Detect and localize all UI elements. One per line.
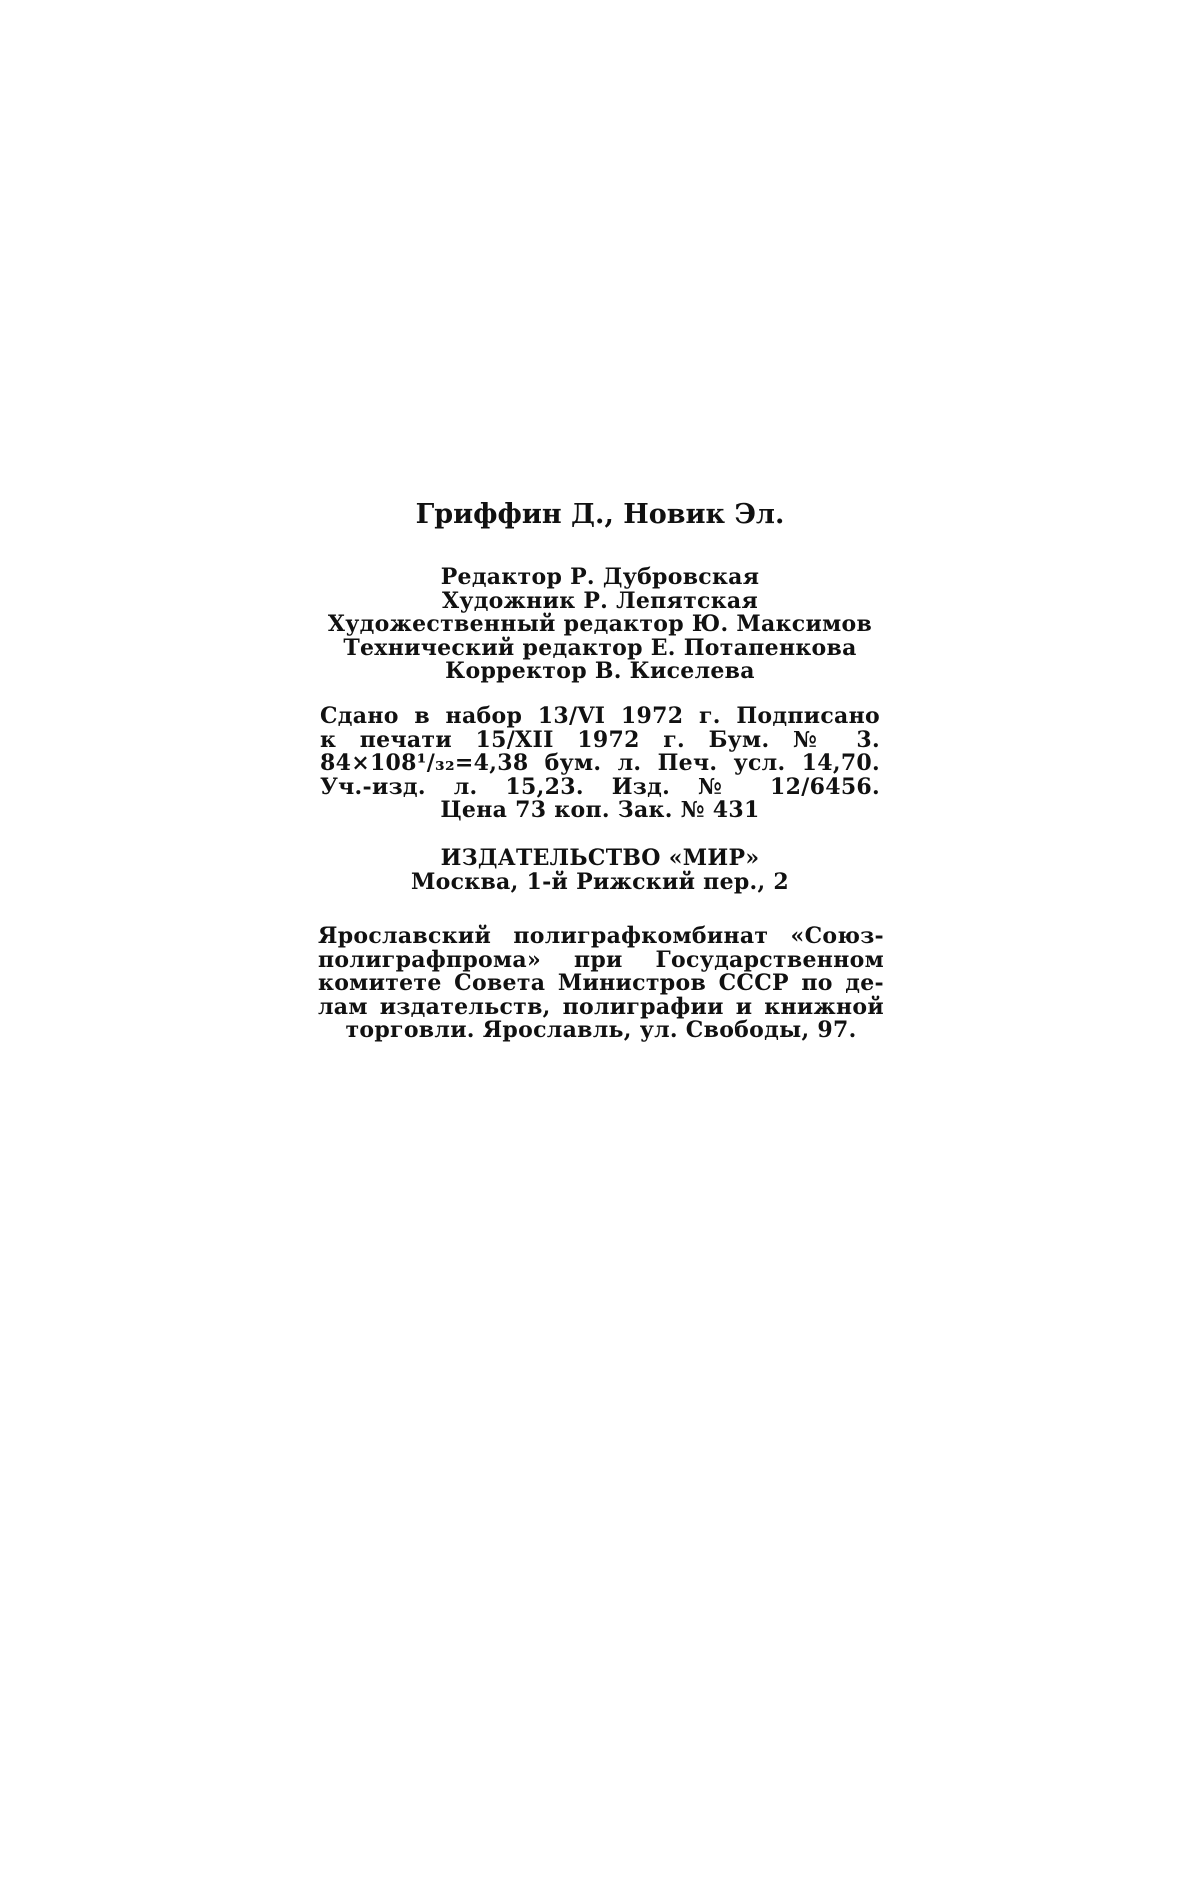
publisher-address: Москва, 1-й Рижский пер., 2 <box>320 871 880 895</box>
imprint-line: Уч.-изд. л. 15,23. Изд. № 12/6456. <box>320 776 880 800</box>
printer-line: лам издательств, полиграфии и книжной <box>318 996 884 1020</box>
imprint-line: Сдано в набор 13/VI 1972 г. Подписано <box>320 705 880 729</box>
publisher-name: ИЗДАТЕЛЬСТВО «МИР» <box>320 847 880 871</box>
credit-art-editor: Художественный редактор Ю. Максимов <box>320 613 880 637</box>
credit-artist: Художник Р. Лепятская <box>320 590 880 614</box>
credit-tech-editor: Технический редактор Е. Потапенкова <box>320 637 880 661</box>
printer-line: комитете Совета Министров СССР по де- <box>318 972 884 996</box>
printer-line: торговли. Ярославль, ул. Свободы, 97. <box>318 1019 884 1043</box>
credit-editor: Редактор Р. Дубровская <box>320 566 880 590</box>
printer-line: полиграфпрома» при Государственном <box>318 949 884 973</box>
imprint-line: к печати 15/XII 1972 г. Бум. № 3. <box>320 729 880 753</box>
imprint-line: Цена 73 коп. Зак. № 431 <box>320 799 880 823</box>
printer-block: Ярославский полиграфкомбинат «Союз- поли… <box>318 925 884 1043</box>
credit-proofreader: Корректор В. Киселева <box>320 660 880 684</box>
credits-block: Редактор Р. Дубровская Художник Р. Лепят… <box>320 566 880 684</box>
printer-line: Ярославский полиграфкомбинат «Союз- <box>318 925 884 949</box>
publisher-block: ИЗДАТЕЛЬСТВО «МИР» Москва, 1-й Рижский п… <box>320 847 880 894</box>
book-authors-title: Гриффин Д., Новик Эл. <box>320 498 880 532</box>
imprint-line: 84×108¹/₃₂=4,38 бум. л. Печ. усл. 14,70. <box>320 752 880 776</box>
imprint-block: Сдано в набор 13/VI 1972 г. Подписано к … <box>320 705 880 823</box>
